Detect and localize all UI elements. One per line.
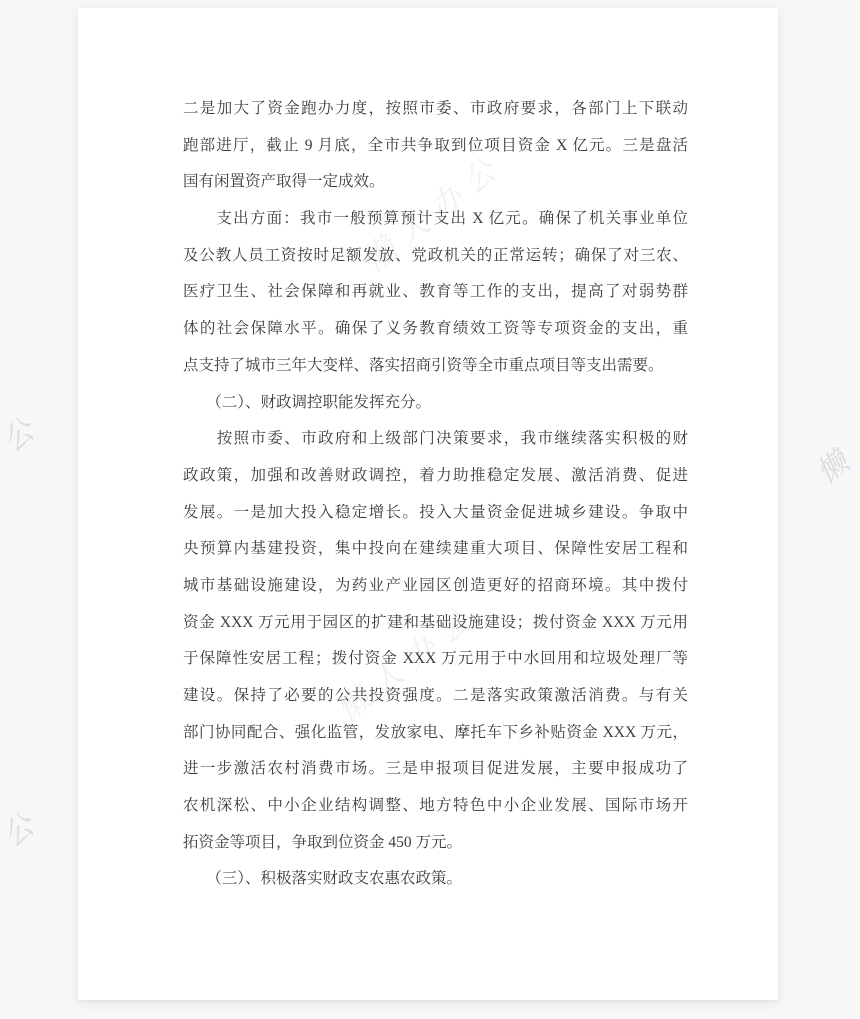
- document-line: 央预算内基建投资，集中投向在建续建重大项目、保障性安居工程和: [183, 531, 688, 568]
- document-line: 建设。保持了必要的公共投资强度。二是落实政策激活消费。与有关: [183, 678, 688, 715]
- document-line: 医疗卫生、社会保障和再就业、教育等工作的支出，提高了对弱势群: [183, 274, 688, 311]
- document-line: 发展。一是加大投入稳定增长。投入大量资金促进城乡建设。争取中: [183, 495, 688, 532]
- document-line: 进一步激活农村消费市场。三是申报项目促进发展，主要申报成功了: [183, 751, 688, 788]
- document-line: 体的社会保障水平。确保了义务教育绩效工资等专项资金的支出，重: [183, 311, 688, 348]
- document-line: 政政策，加强和改善财政调控，着力助推稳定发展、激活消费、促进: [183, 458, 688, 495]
- document-section-heading: （二）、财政调控职能发挥充分。: [183, 385, 688, 422]
- document-line: 资金 XXX 万元用于园区的扩建和基础设施建设；拨付资金 XXX 万元用: [183, 605, 688, 642]
- document-line: 国有闲置资产取得一定成效。: [183, 164, 688, 201]
- screen: 懒人办公 懒人办公 懒人办公 懒人办公 懒人办公 二是加大了资金跑办力度，按照市…: [0, 0, 860, 1019]
- watermark-text: 懒人办公: [805, 348, 860, 491]
- document-section-heading: （三）、积极落实财政支农惠农政策。: [183, 861, 688, 898]
- document-line: 于保障性安居工程；拨付资金 XXX 万元用于中水回用和垃圾处理厂等: [183, 641, 688, 678]
- document-line: 支出方面：我市一般预算预计支出 X 亿元。确保了机关事业单位: [183, 201, 688, 238]
- document-line: 二是加大了资金跑办力度，按照市委、市政府要求，各部门上下联动: [183, 91, 688, 128]
- document-line: 跑部进厅，截止 9 月底，全市共争取到位项目资金 X 亿元。三是盘活: [183, 128, 688, 165]
- document-line: 及公教人员工资按时足额发放、党政机关的正常运转；确保了对三农、: [183, 238, 688, 275]
- document-body: 二是加大了资金跑办力度，按照市委、市政府要求，各部门上下联动 跑部进厅，截止 9…: [183, 91, 688, 898]
- document-line: 农机深松、中小企业结构调整、地方特色中小企业发展、国际市场开: [183, 788, 688, 825]
- document-line: 点支持了城市三年大变样、落实招商引资等全市重点项目等支出需要。: [183, 348, 688, 385]
- document-line: 拓资金等项目，争取到位资金 450 万元。: [183, 825, 688, 862]
- document-line: 城市基础设施建设，为药业产业园区创造更好的招商环境。其中拨付: [183, 568, 688, 605]
- document-line: 部门协同配合、强化监管，发放家电、摩托车下乡补贴资金 XXX 万元，: [183, 715, 688, 752]
- watermark-text: 懒人办公: [0, 793, 53, 936]
- document-line: 按照市委、市政府和上级部门决策要求，我市继续落实积极的财: [183, 421, 688, 458]
- watermark-text: 懒人办公: [0, 398, 53, 541]
